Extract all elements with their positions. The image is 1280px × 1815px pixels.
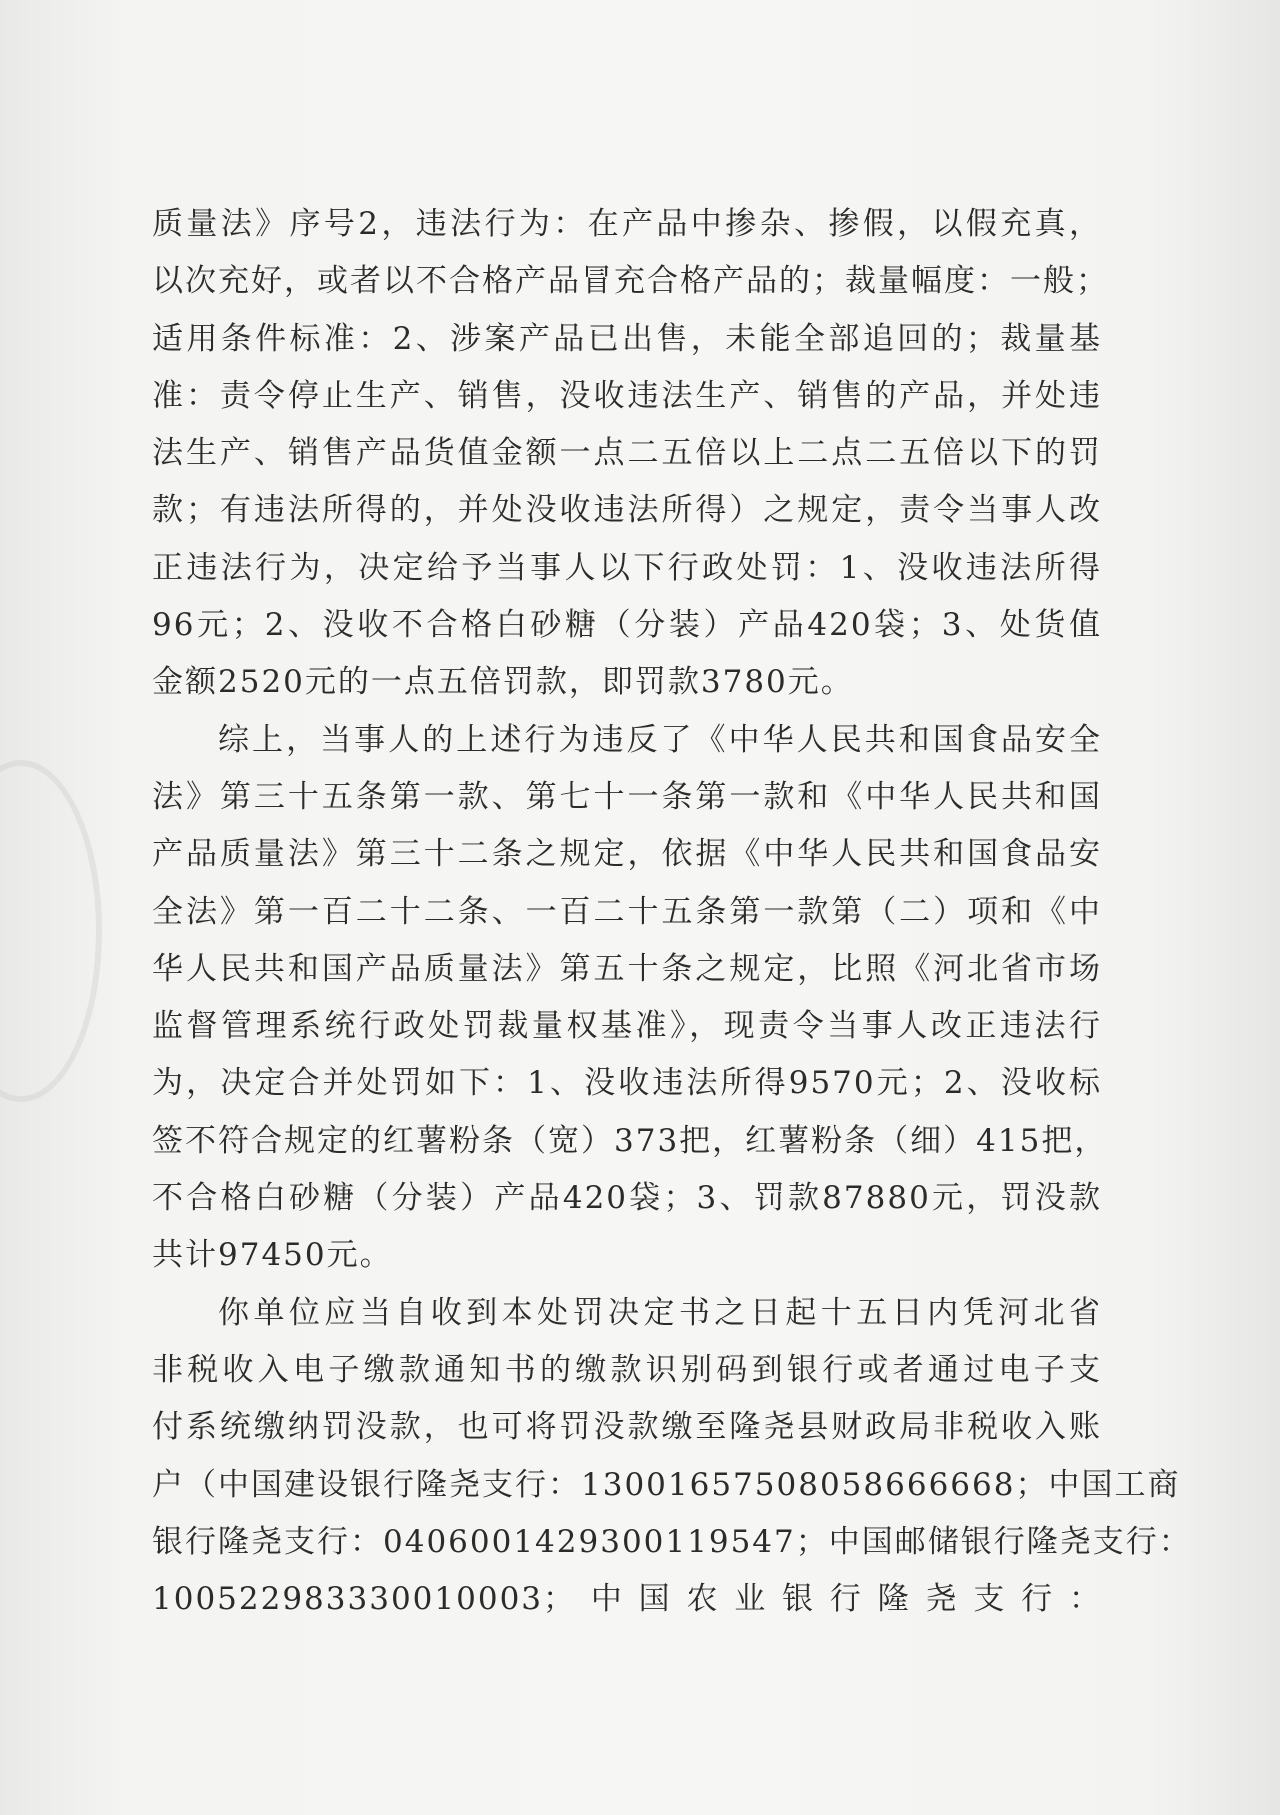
text-line: 正违法行为，决定给予当事人以下行政处罚：1、没收违法所得	[152, 540, 1102, 597]
text-line: 华人民共和国产品质量法》第五十条之规定，比照《河北省市场	[152, 941, 1102, 998]
text-line: 法生产、销售产品货值金额一点二五倍以上二点二五倍以下的罚	[152, 425, 1102, 482]
text-line: 产品质量法》第三十二条之规定，依据《中华人民共和国食品安	[152, 826, 1102, 883]
text-line: 不合格白砂糖（分装）产品420袋；3、罚款87880元，罚没款	[152, 1170, 1102, 1227]
text-line: 为，决定合并处罚如下：1、没收违法所得9570元；2、没收标	[152, 1055, 1102, 1112]
paragraph-continuation: 质量法》序号2，违法行为：在产品中掺杂、掺假，以假充真， 以次充好，或者以不合格…	[152, 196, 1102, 712]
text-line: 质量法》序号2，违法行为：在产品中掺杂、掺假，以假充真，	[152, 196, 1102, 253]
document-page: 质量法》序号2，违法行为：在产品中掺杂、掺假，以假充真， 以次充好，或者以不合格…	[0, 0, 1280, 1815]
text-line: 适用条件标准：2、涉案产品已出售，未能全部追回的；裁量基	[152, 311, 1102, 368]
text-line: 准：责令停止生产、销售，没收违法生产、销售的产品，并处违	[152, 368, 1102, 425]
paragraph-summary: 综上，当事人的上述行为违反了《中华人民共和国食品安全 法》第三十五条第一款、第七…	[152, 712, 1102, 1285]
faint-stamp-mark	[0, 760, 102, 1102]
text-line: 你单位应当自收到本处罚决定书之日起十五日内凭河北省	[152, 1285, 1102, 1342]
text-line: 非税收入电子缴款通知书的缴款识别码到银行或者通过电子支	[152, 1342, 1102, 1399]
paragraph-payment: 你单位应当自收到本处罚决定书之日起十五日内凭河北省 非税收入电子缴款通知书的缴款…	[152, 1285, 1102, 1629]
text-line: 法》第三十五条第一款、第七十一条第一款和《中华人民共和国	[152, 769, 1102, 826]
text-line: 以次充好，或者以不合格产品冒充合格产品的；裁量幅度：一般；	[152, 253, 1102, 310]
text-line: 款；有违法所得的，并处没收违法所得）之规定，责令当事人改	[152, 482, 1102, 539]
text-line: 户（中国建设银行隆尧支行：13001657508058666668；中国工商	[152, 1457, 1102, 1514]
text-line: 金额2520元的一点五倍罚款，即罚款3780元。	[152, 654, 1102, 711]
text-line: 银行隆尧支行：0406001429300119547；中国邮储银行隆尧支行：	[152, 1514, 1102, 1571]
text-line: 全法》第一百二十二条、一百二十五条第一款第（二）项和《中	[152, 884, 1102, 941]
text-line: 100522983330010003；中国农业银行隆尧支行：	[152, 1571, 1102, 1628]
text-line: 96元；2、没收不合格白砂糖（分装）产品420袋；3、处货值	[152, 597, 1102, 654]
text-line: 共计97450元。	[152, 1227, 1102, 1284]
document-body: 质量法》序号2，违法行为：在产品中掺杂、掺假，以假充真， 以次充好，或者以不合格…	[152, 196, 1102, 1628]
text-line: 综上，当事人的上述行为违反了《中华人民共和国食品安全	[152, 712, 1102, 769]
text-line: 签不符合规定的红薯粉条（宽）373把，红薯粉条（细）415把，	[152, 1113, 1102, 1170]
text-line: 监督管理系统行政处罚裁量权基准》，现责令当事人改正违法行	[152, 998, 1102, 1055]
text-line: 付系统缴纳罚没款，也可将罚没款缴至隆尧县财政局非税收入账	[152, 1399, 1102, 1456]
